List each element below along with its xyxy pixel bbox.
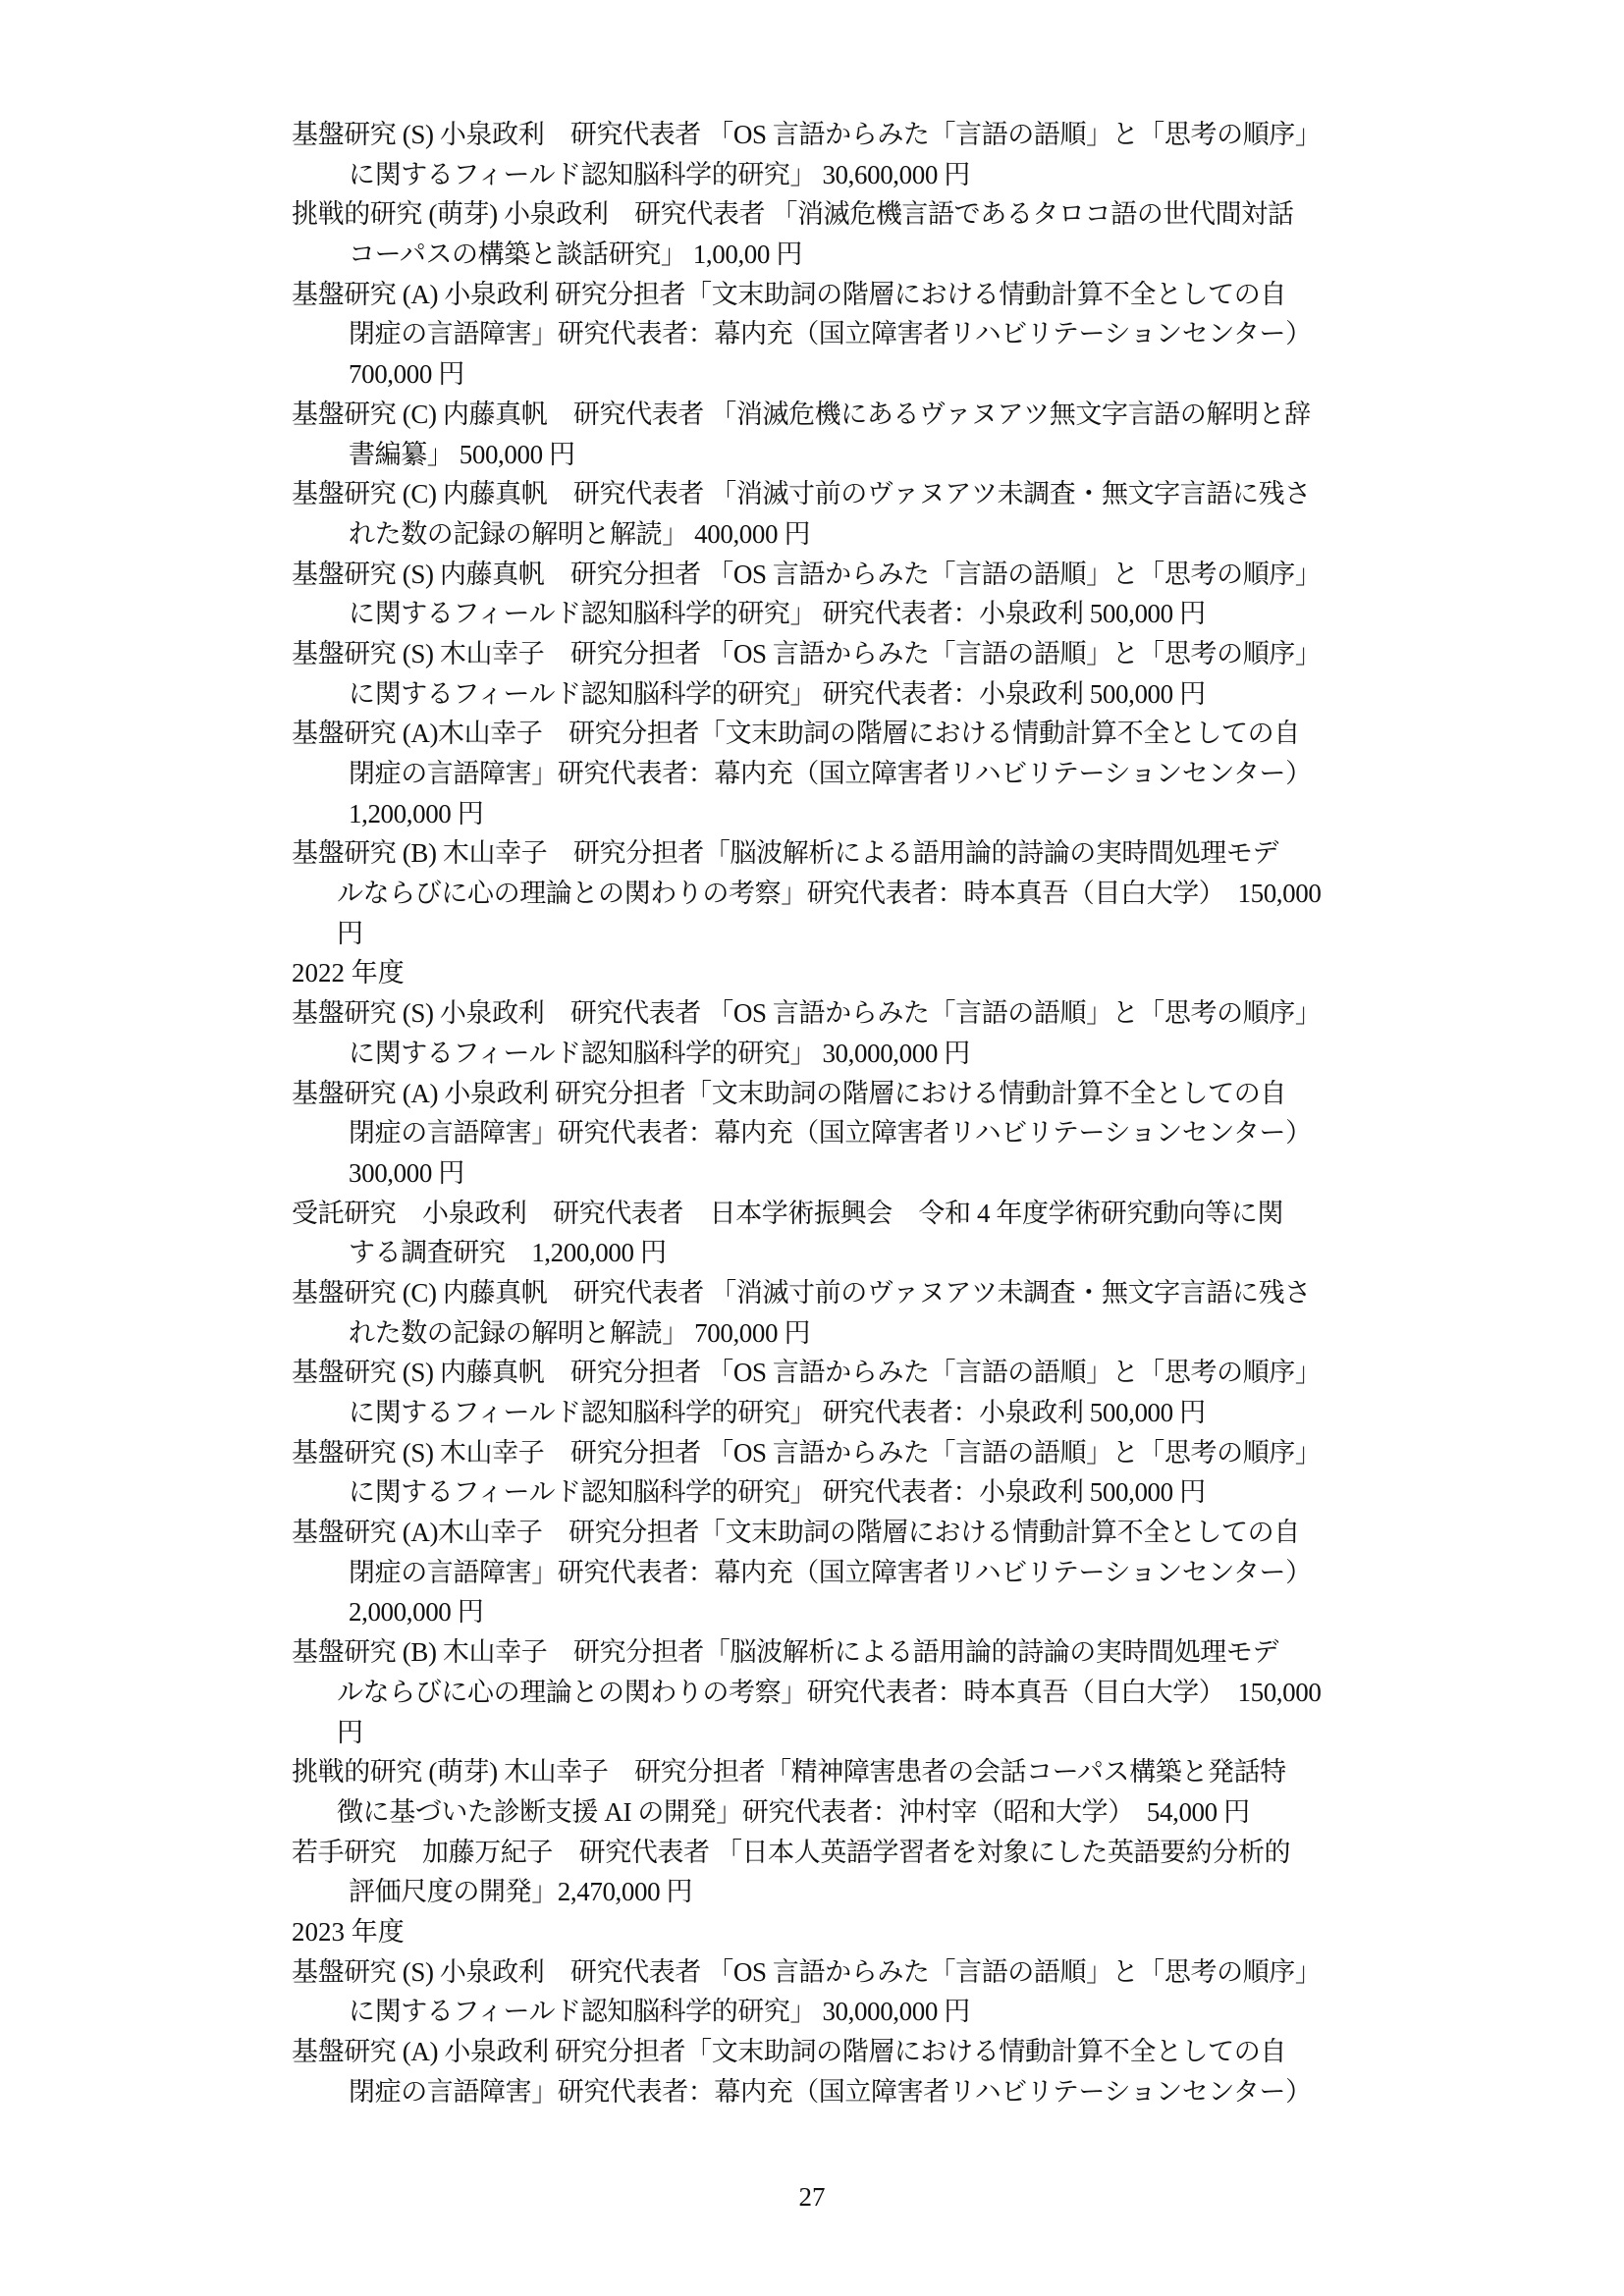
entry-line: 基盤研究 (S) 小泉政利 研究代表者 「OS 言語からみた「言語の語順」と「思… — [292, 993, 1381, 1034]
entry-line: 基盤研究 (A)木山幸子 研究分担者「文末助詞の階層における情動計算不全としての… — [292, 714, 1381, 754]
entry-line: ルならびに心の理論との関わりの考察」研究代表者：時本真吾（目白大学） 150,0… — [292, 874, 1381, 914]
entry-line: 基盤研究 (A) 小泉政利 研究分担者「文末助詞の階層における情動計算不全として… — [292, 275, 1381, 315]
entry-line: 1,200,000 円 — [292, 794, 1381, 834]
entry-line: 受託研究 小泉政利 研究代表者 日本学術振興会 令和 4 年度学術研究動向等に関 — [292, 1194, 1381, 1234]
entry-line: れた数の記録の解明と解読」 700,000 円 — [292, 1313, 1381, 1354]
entry-line: 徴に基づいた診断支援 AI の開発」研究代表者：沖村宰（昭和大学） 54,000… — [292, 1792, 1381, 1833]
entry-line: に関するフィールド認知脳科学的研究」 研究代表者：小泉政利 500,000 円 — [292, 1472, 1381, 1513]
section-2022: 2022 年度 基盤研究 (S) 小泉政利 研究代表者 「OS 言語からみた「言… — [292, 953, 1381, 1912]
entry-line: する調査研究 1,200,000 円 — [292, 1233, 1381, 1273]
entry-line: 挑戦的研究 (萌芽) 木山幸子 研究分担者「精神障害患者の会話コーパス構築と発話… — [292, 1752, 1381, 1792]
document-body: 基盤研究 (S) 小泉政利 研究代表者 「OS 言語からみた「言語の語順」と「思… — [292, 115, 1381, 2111]
entry-line: 基盤研究 (A)木山幸子 研究分担者「文末助詞の階層における情動計算不全としての… — [292, 1513, 1381, 1553]
entry-line: 基盤研究 (B) 木山幸子 研究分担者「脳波解析による語用論的詩論の実時間処理モ… — [292, 1632, 1381, 1673]
section-prior-year: 基盤研究 (S) 小泉政利 研究代表者 「OS 言語からみた「言語の語順」と「思… — [292, 115, 1381, 953]
grant-entry: 基盤研究 (A) 小泉政利 研究分担者「文末助詞の階層における情動計算不全として… — [292, 2032, 1381, 2111]
grant-entry: 基盤研究 (B) 木山幸子 研究分担者「脳波解析による語用論的詩論の実時間処理モ… — [292, 1632, 1381, 1752]
entry-line: 閉症の言語障害」研究代表者：幕内充（国立障害者リハビリテーションセンター） — [292, 1553, 1381, 1593]
entry-line: 評価尺度の開発」2,470,000 円 — [292, 1872, 1381, 1912]
grant-entry: 基盤研究 (A) 小泉政利 研究分担者「文末助詞の階層における情動計算不全として… — [292, 275, 1381, 395]
entry-line: 書編纂」 500,000 円 — [292, 435, 1381, 475]
grant-entry: 基盤研究 (C) 内藤真帆 研究代表者 「消滅危機にあるヴァヌアツ無文字言語の解… — [292, 395, 1381, 474]
entry-line: に関するフィールド認知脳科学的研究」 研究代表者：小泉政利 500,000 円 — [292, 1393, 1381, 1433]
entry-line: れた数の記録の解明と解読」 400,000 円 — [292, 514, 1381, 555]
entry-line: 閉症の言語障害」研究代表者：幕内充（国立障害者リハビリテーションセンター） — [292, 2072, 1381, 2112]
grant-entry: 基盤研究 (S) 内藤真帆 研究分担者 「OS 言語からみた「言語の語順」と「思… — [292, 1353, 1381, 1432]
entry-line: 挑戦的研究 (萌芽) 小泉政利 研究代表者 「消滅危機言語であるタロコ語の世代間… — [292, 194, 1381, 235]
section-2023: 2023 年度 基盤研究 (S) 小泉政利 研究代表者 「OS 言語からみた「言… — [292, 1912, 1381, 2111]
entry-line: ルならびに心の理論との関わりの考察」研究代表者：時本真吾（目白大学） 150,0… — [292, 1673, 1381, 1713]
year-heading: 2022 年度 — [292, 953, 1381, 993]
grant-entry: 基盤研究 (A)木山幸子 研究分担者「文末助詞の階層における情動計算不全としての… — [292, 714, 1381, 833]
grant-entry: 若手研究 加藤万紀子 研究代表者 「日本人英語学習者を対象にした英語要約分析的 … — [292, 1833, 1381, 1912]
entry-line: に関するフィールド認知脳科学的研究」 30,600,000 円 — [292, 155, 1381, 195]
page-number: 27 — [0, 2181, 1624, 2213]
entry-line: に関するフィールド認知脳科学的研究」 30,000,000 円 — [292, 1992, 1381, 2032]
entry-line: 閉症の言語障害」研究代表者：幕内充（国立障害者リハビリテーションセンター） — [292, 1113, 1381, 1153]
entry-line: 基盤研究 (S) 小泉政利 研究代表者 「OS 言語からみた「言語の語順」と「思… — [292, 1952, 1381, 1993]
entry-line: コーパスの構築と談話研究」 1,00,00 円 — [292, 235, 1381, 275]
grant-entry: 基盤研究 (S) 小泉政利 研究代表者 「OS 言語からみた「言語の語順」と「思… — [292, 115, 1381, 194]
entry-line: に関するフィールド認知脳科学的研究」 研究代表者：小泉政利 500,000 円 — [292, 594, 1381, 634]
entry-line: 基盤研究 (A) 小泉政利 研究分担者「文末助詞の階層における情動計算不全として… — [292, 2032, 1381, 2072]
entry-line: 基盤研究 (C) 内藤真帆 研究代表者 「消滅寸前のヴァヌアツ未調査・無文字言語… — [292, 474, 1381, 514]
year-heading: 2023 年度 — [292, 1912, 1381, 1952]
entry-line: 基盤研究 (S) 内藤真帆 研究分担者 「OS 言語からみた「言語の語順」と「思… — [292, 555, 1381, 595]
entry-line: に関するフィールド認知脳科学的研究」 30,000,000 円 — [292, 1034, 1381, 1074]
grant-entry: 受託研究 小泉政利 研究代表者 日本学術振興会 令和 4 年度学術研究動向等に関… — [292, 1194, 1381, 1273]
entry-line: 基盤研究 (A) 小泉政利 研究分担者「文末助詞の階層における情動計算不全として… — [292, 1074, 1381, 1114]
entry-line: 基盤研究 (S) 内藤真帆 研究分担者 「OS 言語からみた「言語の語順」と「思… — [292, 1353, 1381, 1393]
entry-line: 700,000 円 — [292, 354, 1381, 395]
grant-entry: 基盤研究 (C) 内藤真帆 研究代表者 「消滅寸前のヴァヌアツ未調査・無文字言語… — [292, 474, 1381, 554]
grant-entry: 基盤研究 (S) 小泉政利 研究代表者 「OS 言語からみた「言語の語順」と「思… — [292, 1952, 1381, 2032]
entry-line: 円 — [292, 914, 1381, 954]
grant-entry: 挑戦的研究 (萌芽) 小泉政利 研究代表者 「消滅危機言語であるタロコ語の世代間… — [292, 194, 1381, 274]
entry-line: 基盤研究 (C) 内藤真帆 研究代表者 「消滅危機にあるヴァヌアツ無文字言語の解… — [292, 395, 1381, 435]
entry-line: 円 — [292, 1713, 1381, 1753]
grant-entry: 基盤研究 (C) 内藤真帆 研究代表者 「消滅寸前のヴァヌアツ未調査・無文字言語… — [292, 1273, 1381, 1353]
entry-line: 基盤研究 (B) 木山幸子 研究分担者「脳波解析による語用論的詩論の実時間処理モ… — [292, 833, 1381, 874]
grant-entry: 基盤研究 (B) 木山幸子 研究分担者「脳波解析による語用論的詩論の実時間処理モ… — [292, 833, 1381, 953]
entry-line: 閉症の言語障害」研究代表者：幕内充（国立障害者リハビリテーションセンター） — [292, 754, 1381, 794]
grant-entry: 基盤研究 (S) 内藤真帆 研究分担者 「OS 言語からみた「言語の語順」と「思… — [292, 555, 1381, 634]
entry-line: 若手研究 加藤万紀子 研究代表者 「日本人英語学習者を対象にした英語要約分析的 — [292, 1833, 1381, 1873]
entry-line: 2,000,000 円 — [292, 1592, 1381, 1632]
grant-entry: 挑戦的研究 (萌芽) 木山幸子 研究分担者「精神障害患者の会話コーパス構築と発話… — [292, 1752, 1381, 1832]
grant-entry: 基盤研究 (A) 小泉政利 研究分担者「文末助詞の階層における情動計算不全として… — [292, 1074, 1381, 1194]
grant-entry: 基盤研究 (S) 小泉政利 研究代表者 「OS 言語からみた「言語の語順」と「思… — [292, 993, 1381, 1073]
grant-entry: 基盤研究 (S) 木山幸子 研究分担者 「OS 言語からみた「言語の語順」と「思… — [292, 1433, 1381, 1513]
grant-entry: 基盤研究 (S) 木山幸子 研究分担者 「OS 言語からみた「言語の語順」と「思… — [292, 634, 1381, 714]
entry-line: 基盤研究 (S) 木山幸子 研究分担者 「OS 言語からみた「言語の語順」と「思… — [292, 1433, 1381, 1473]
entry-line: 基盤研究 (S) 木山幸子 研究分担者 「OS 言語からみた「言語の語順」と「思… — [292, 634, 1381, 674]
entry-line: 閉症の言語障害」研究代表者：幕内充（国立障害者リハビリテーションセンター） — [292, 314, 1381, 354]
grant-entry: 基盤研究 (A)木山幸子 研究分担者「文末助詞の階層における情動計算不全としての… — [292, 1513, 1381, 1632]
entry-line: 基盤研究 (C) 内藤真帆 研究代表者 「消滅寸前のヴァヌアツ未調査・無文字言語… — [292, 1273, 1381, 1313]
entry-line: 300,000 円 — [292, 1153, 1381, 1194]
entry-line: に関するフィールド認知脳科学的研究」 研究代表者：小泉政利 500,000 円 — [292, 674, 1381, 715]
entry-line: 基盤研究 (S) 小泉政利 研究代表者 「OS 言語からみた「言語の語順」と「思… — [292, 115, 1381, 155]
